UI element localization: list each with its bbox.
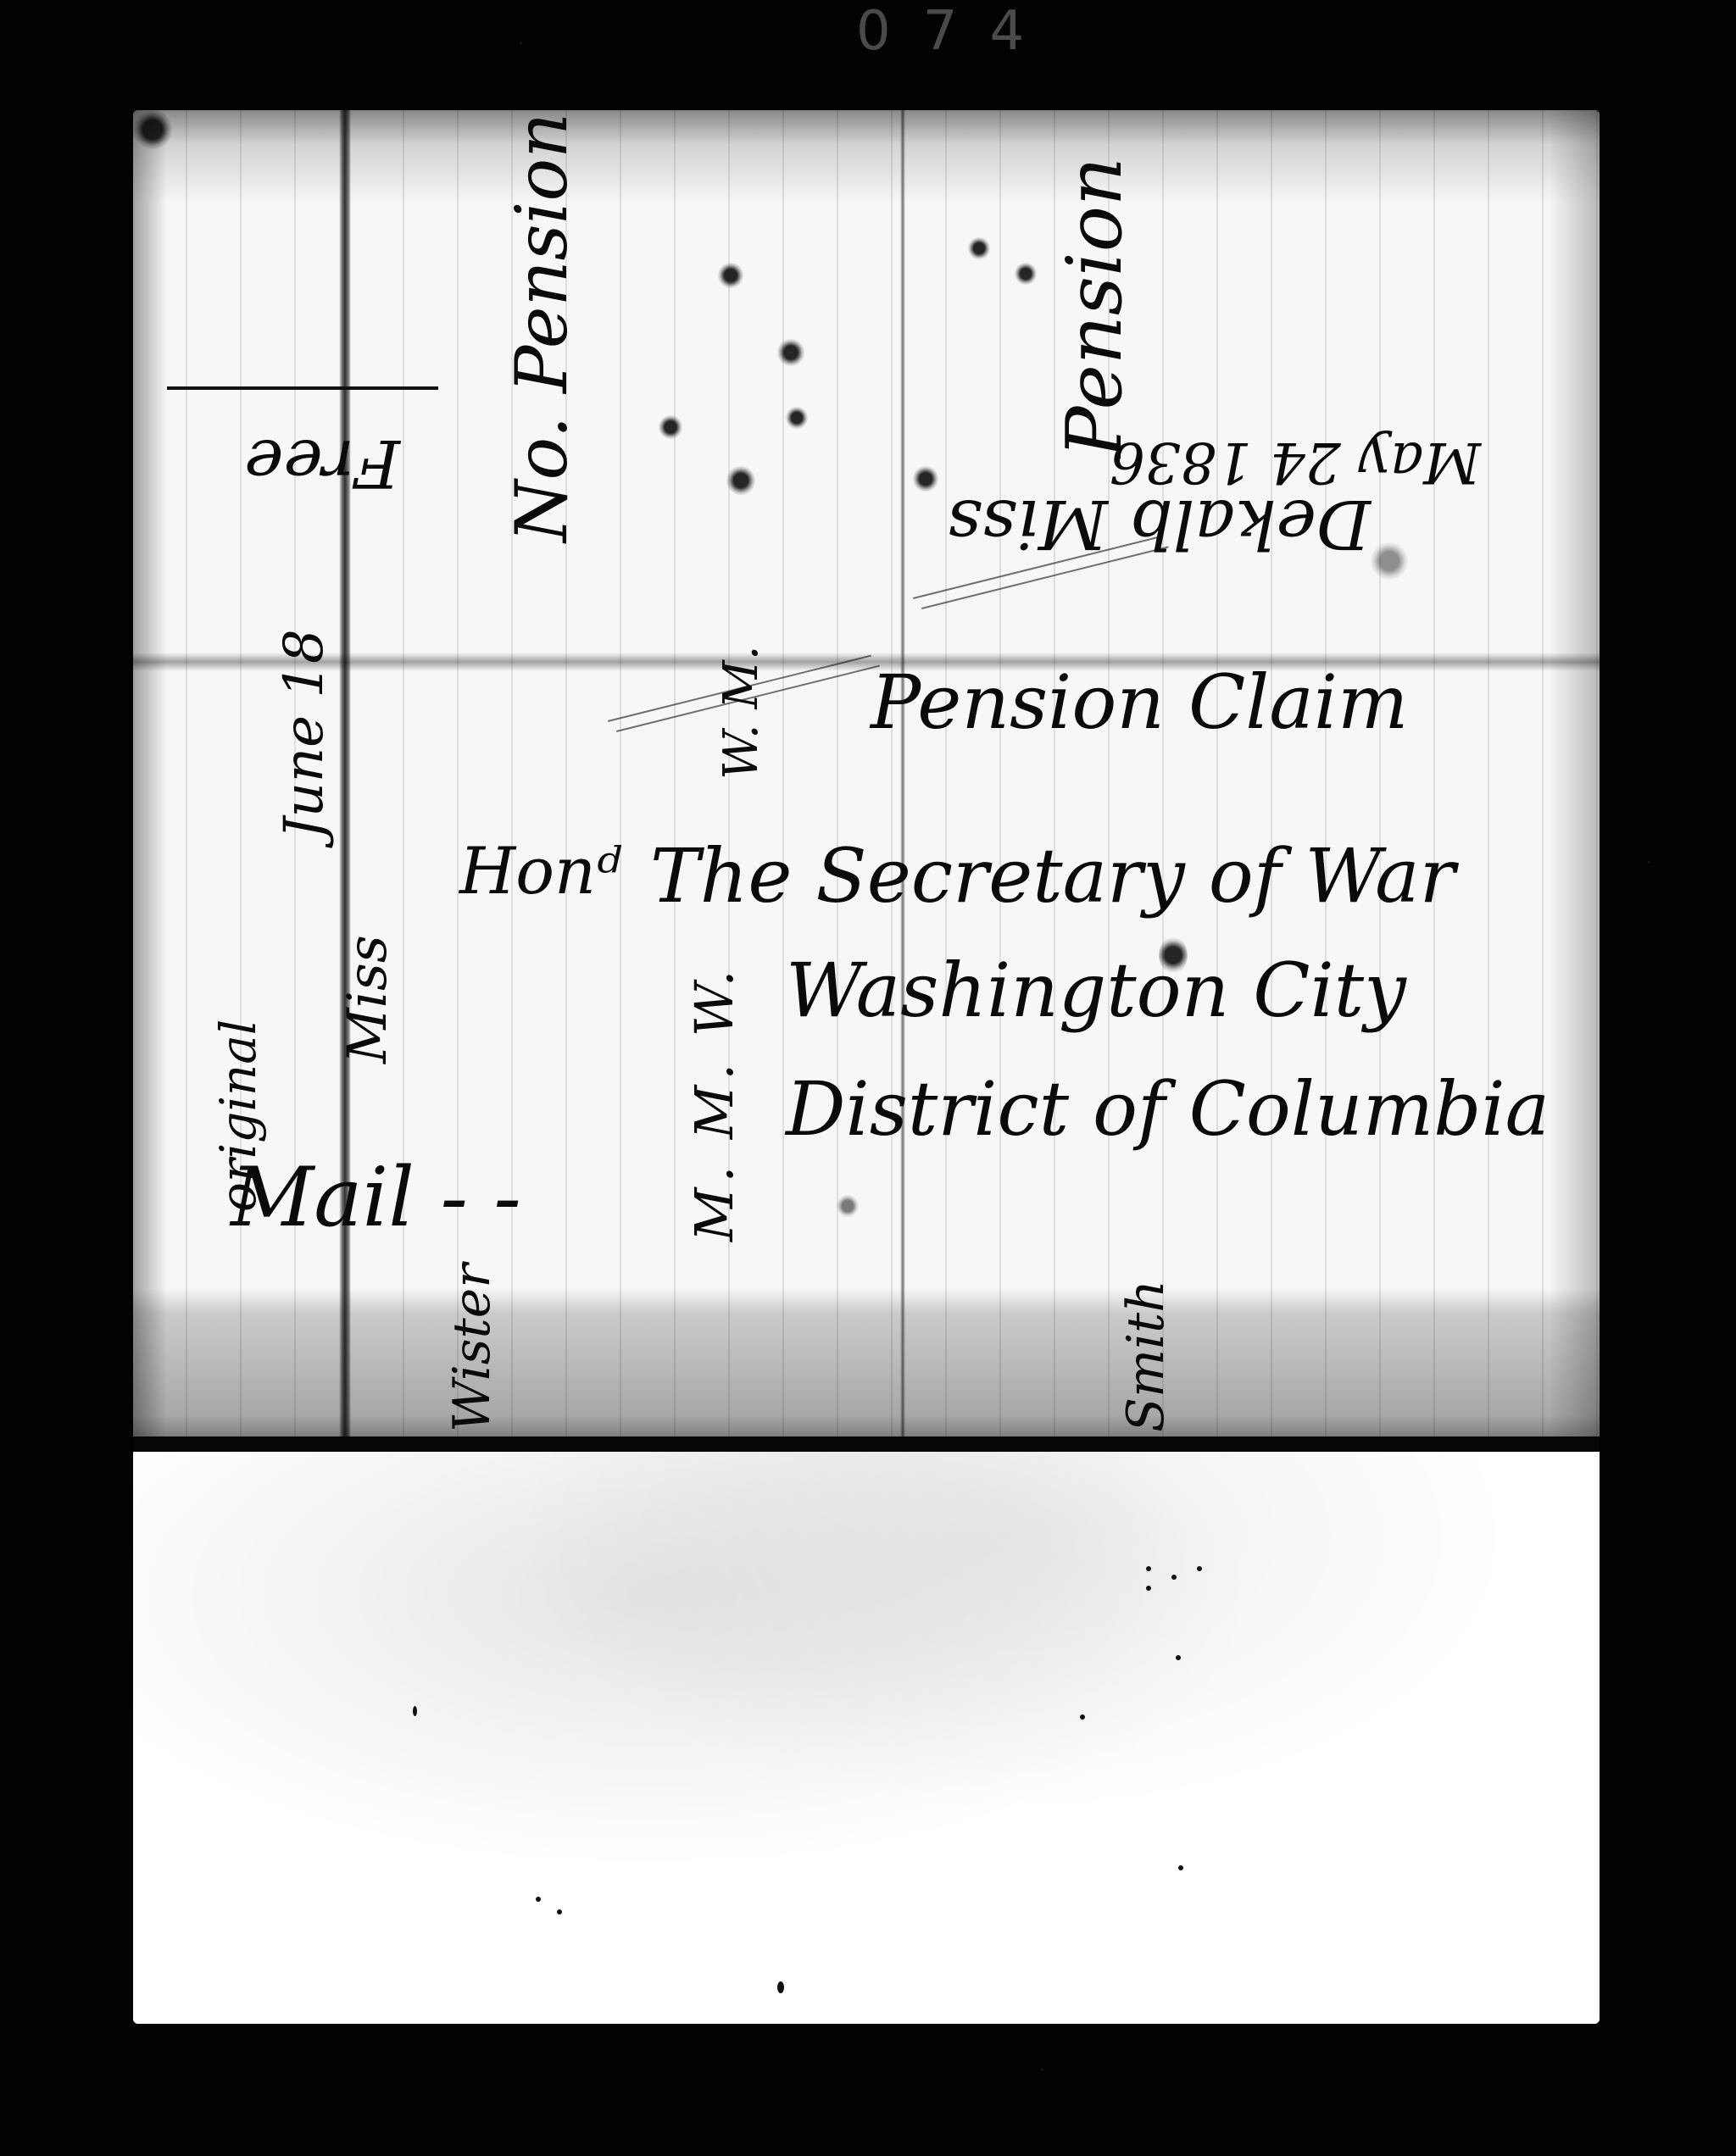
free-frank: Free — [244, 430, 400, 496]
speck — [1178, 1865, 1183, 1870]
cover-panel: Pension Claim Honᵈ The Secretary of War … — [133, 110, 1600, 1451]
speck — [1171, 1575, 1177, 1580]
vertical-fold-right — [900, 110, 905, 1451]
address-heading: Pension Claim — [871, 665, 1408, 740]
ink-spot — [968, 237, 990, 259]
frank-rule — [167, 386, 438, 390]
side-marks: M. M. W. — [688, 965, 741, 1242]
address-line-3: District of Columbia — [786, 1072, 1550, 1147]
filing-note-left: No. Pension — [506, 113, 577, 542]
frame-number: 074 — [856, 0, 1110, 64]
speck — [413, 1706, 417, 1716]
speck — [536, 1897, 541, 1902]
vertical-fold-left — [339, 110, 351, 1451]
ink-spot — [659, 415, 682, 439]
speck — [1146, 1586, 1151, 1591]
frame-number-text: 074 — [856, 0, 1056, 63]
paper-ruling — [133, 110, 1600, 1451]
bottom-fold-edge — [133, 1436, 1600, 1452]
address-line-1: The Secretary of War — [650, 839, 1455, 914]
postmark-date: May 24 1836 — [1110, 434, 1481, 490]
speck — [777, 1981, 784, 1993]
ink-spot — [726, 466, 755, 495]
state-notation: Miss — [341, 935, 395, 1064]
document-sheet: Pension Claim Honᵈ The Secretary of War … — [133, 110, 1600, 2024]
speck — [1197, 1566, 1202, 1571]
ink-spot — [133, 110, 172, 149]
address-honorific: Honᵈ — [459, 839, 621, 903]
filing-note-right: Pension — [1057, 157, 1133, 458]
mail-notation: Mail - - — [231, 1157, 521, 1238]
fold-fragment-left: Wister — [447, 1264, 498, 1432]
speck — [1080, 1714, 1085, 1720]
original-notation: original — [214, 1020, 263, 1212]
speck — [1176, 1655, 1181, 1660]
address-line-2: Washington City — [786, 953, 1406, 1028]
speck — [557, 1909, 562, 1914]
ink-spot — [777, 339, 804, 366]
side-mark-small: W. M. — [718, 645, 765, 780]
ink-spot — [786, 407, 808, 429]
date-received-notation: June 18 — [277, 629, 331, 839]
ink-spot — [1015, 263, 1037, 285]
blank-panel — [133, 1452, 1600, 2024]
speck — [1146, 1566, 1151, 1571]
ink-spot — [913, 466, 938, 492]
postmark-place: Dekalb Miss — [948, 490, 1372, 558]
ink-spot — [1371, 542, 1408, 580]
fold-fragment-right: Smith — [1121, 1280, 1171, 1432]
ink-spot — [718, 263, 743, 288]
ink-spot — [837, 1195, 859, 1217]
